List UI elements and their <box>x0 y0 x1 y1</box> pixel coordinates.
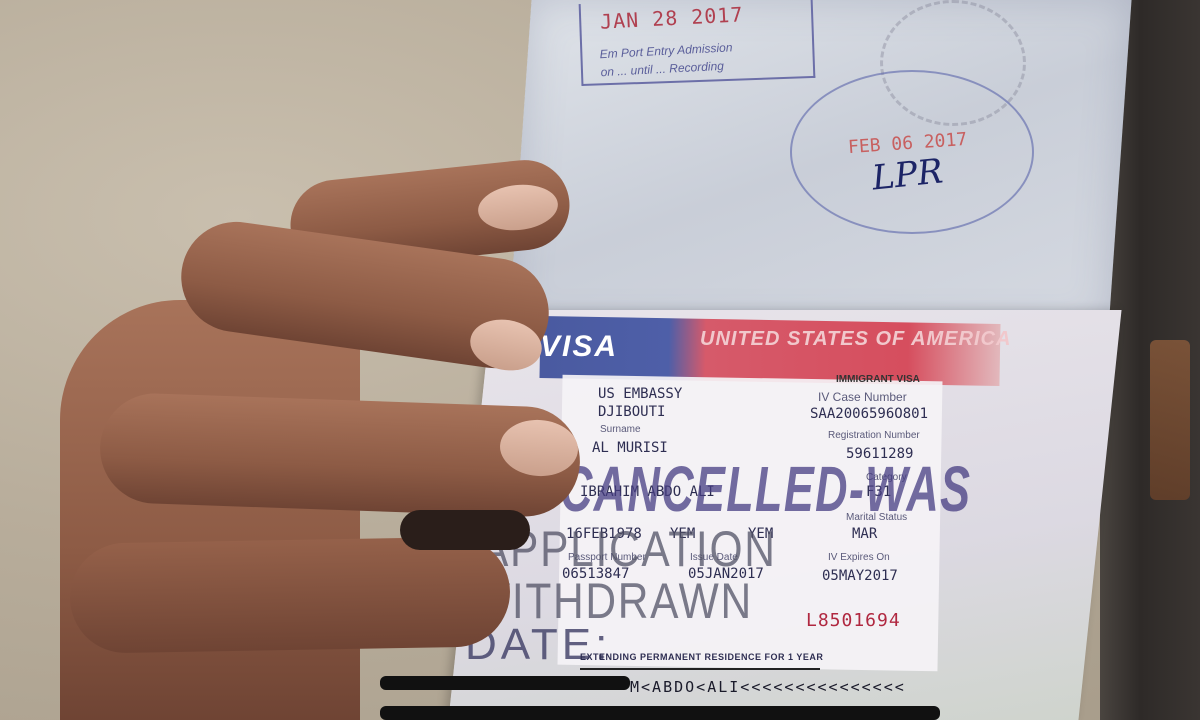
marital-status: MAR <box>852 526 877 542</box>
expires-date: 05MAY2017 <box>822 568 898 584</box>
handwritten-lpr: LPR <box>870 151 945 198</box>
surname-label: Surname <box>600 424 641 435</box>
finger-little <box>69 536 511 654</box>
redaction-bar <box>380 706 940 720</box>
expires-label: IV Expires On <box>828 552 890 563</box>
visa-serial-number: L8501694 <box>806 610 901 631</box>
registration-label: Registration Number <box>828 430 920 441</box>
cancel-stamp-line1: CANCELLED-WAS <box>560 452 971 526</box>
visa-type: IMMIGRANT VISA <box>836 374 920 385</box>
visa-annotation: EXTENDING PERMANENT RESIDENCE FOR 1 YEAR <box>580 652 823 662</box>
issuing-post-2: DJIBOUTI <box>598 404 665 420</box>
case-number: SAA2006596O801 <box>810 406 928 422</box>
passport-cover-edge <box>400 510 530 550</box>
issuing-post-1: US EMBASSY <box>598 386 682 402</box>
visa-header-right: UNITED STATES OF AMERICA <box>700 328 1011 351</box>
case-number-label: IV Case Number <box>818 390 907 404</box>
zipper-pull <box>1150 340 1190 500</box>
visa-header-left: VISA <box>540 330 618 364</box>
mrz-line: M<ABDO<ALI<<<<<<<<<<<<<<< <box>630 678 906 696</box>
hand-palm <box>60 300 360 720</box>
annotation-underline <box>580 668 820 670</box>
redaction-bar <box>380 676 630 690</box>
